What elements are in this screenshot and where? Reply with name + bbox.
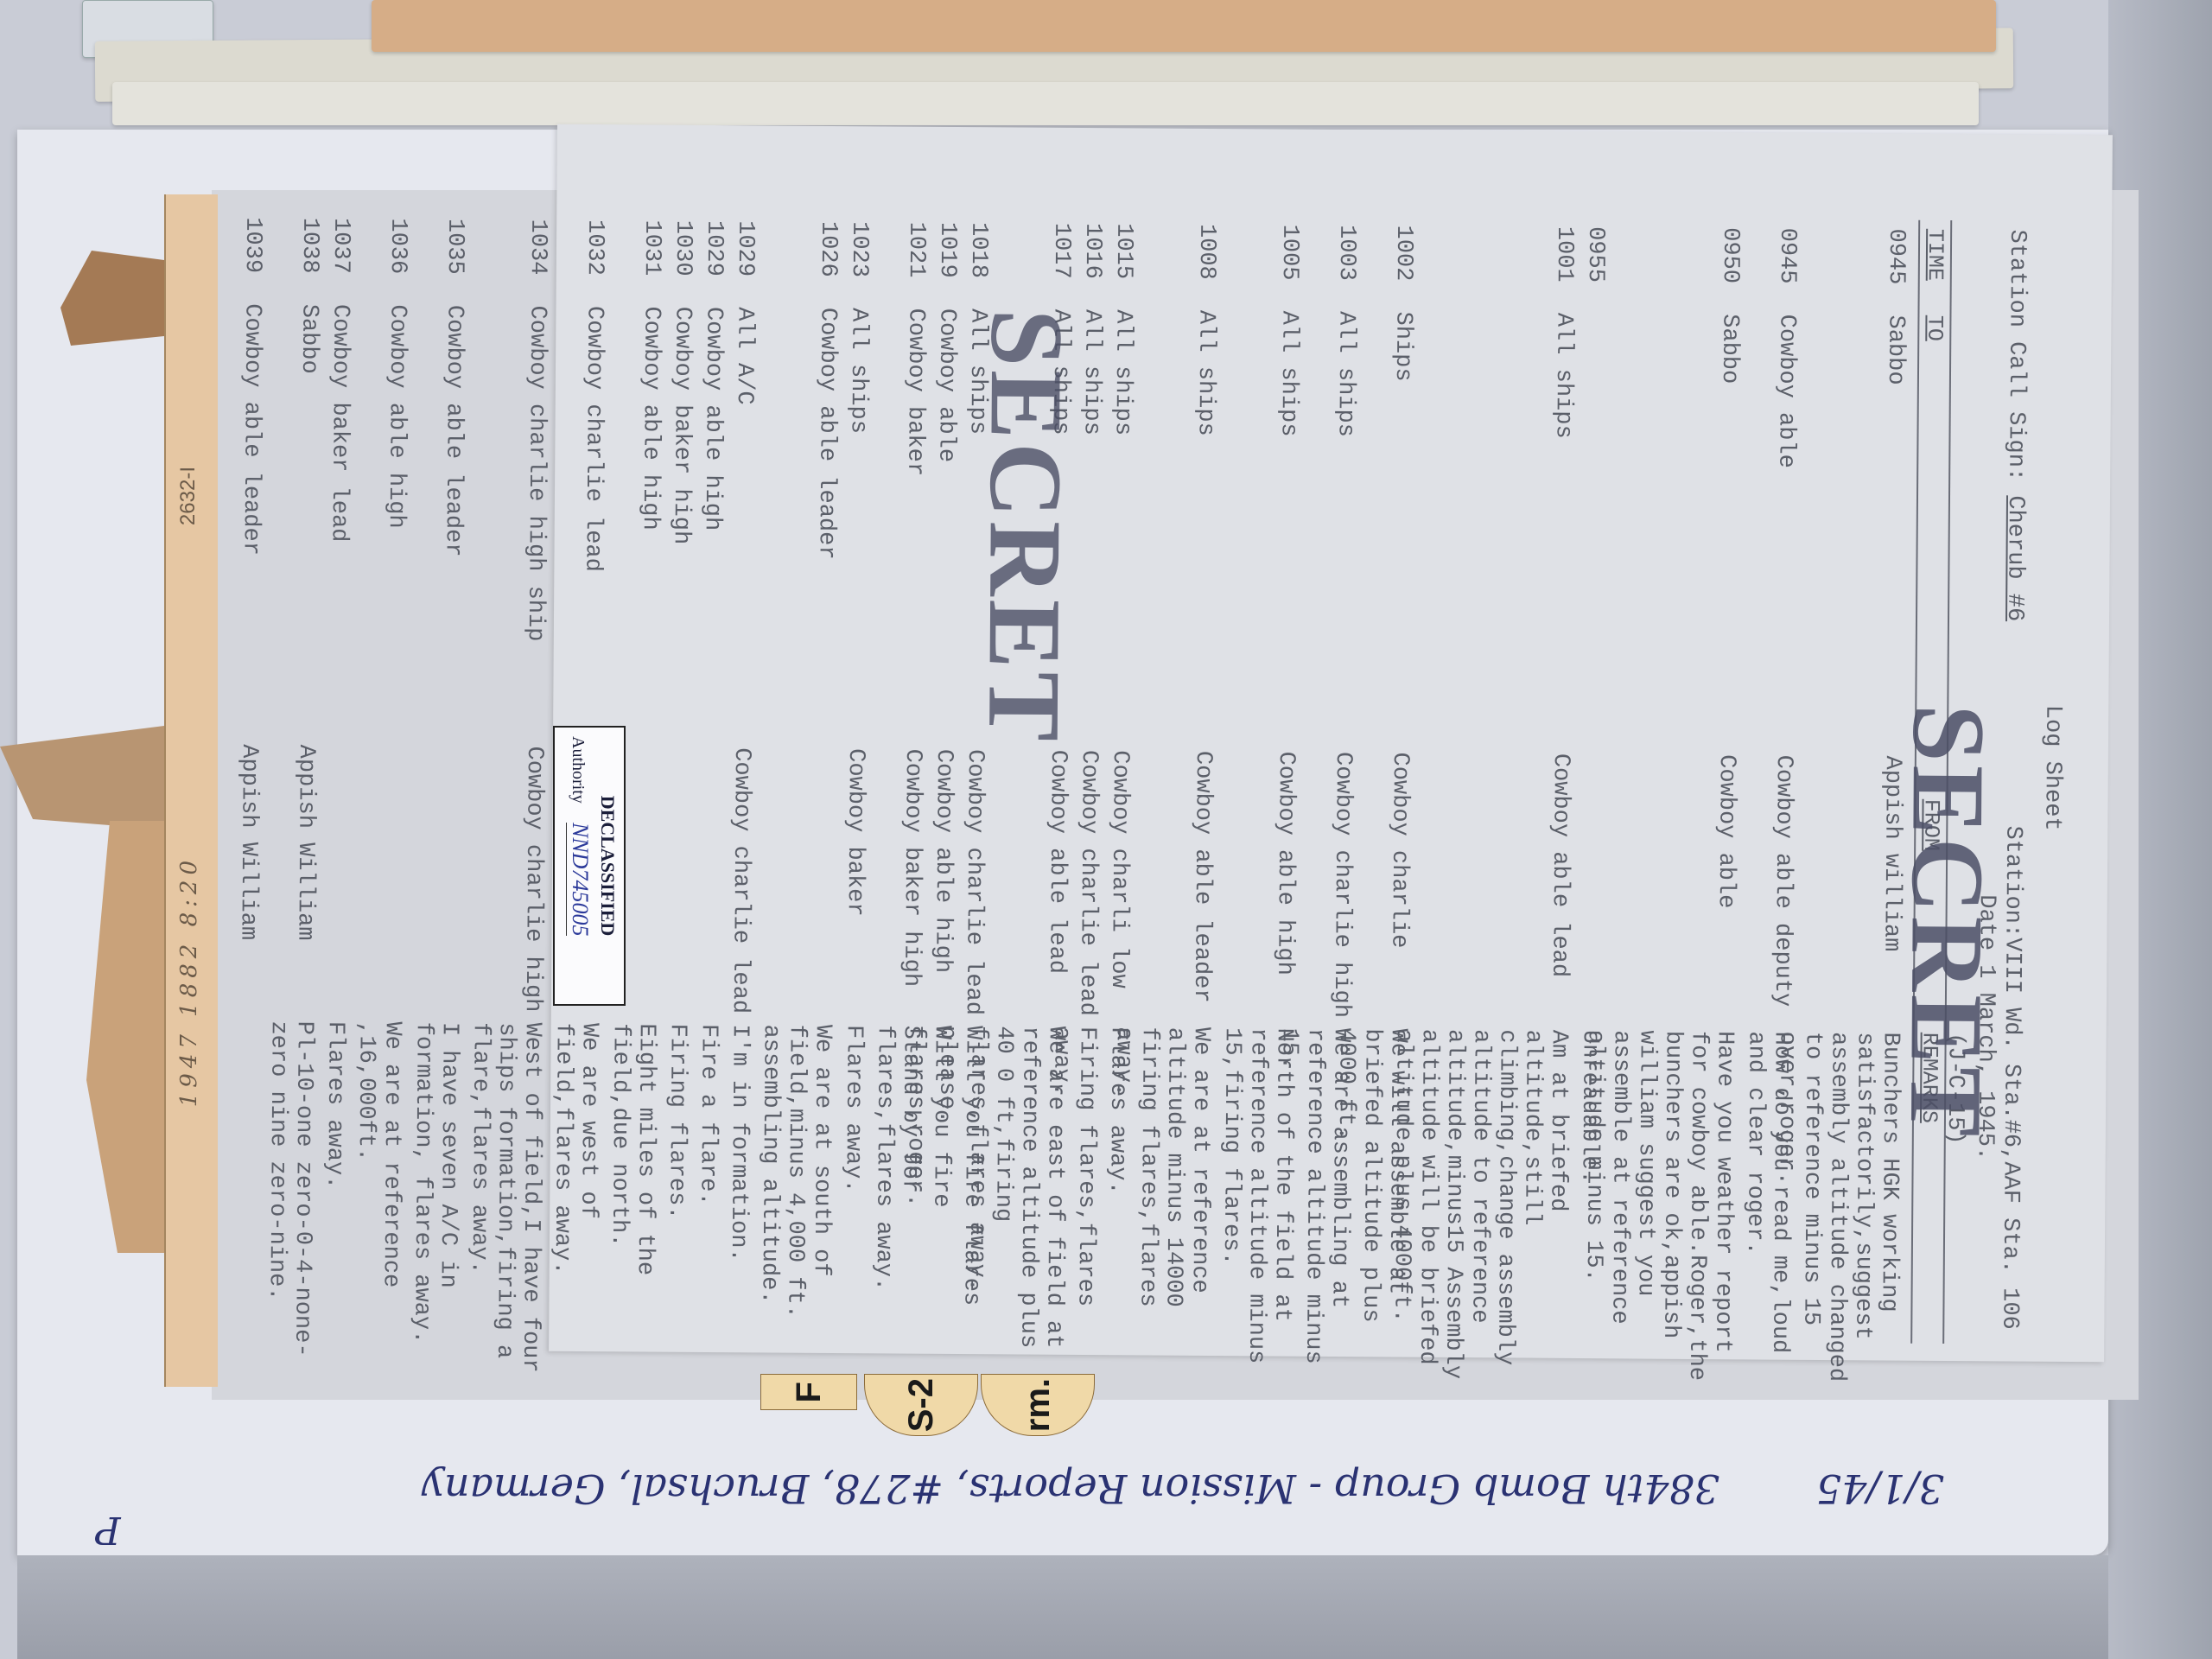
entry-time: 1029 xyxy=(701,220,727,276)
entry-to: Cowboy able high xyxy=(699,307,727,531)
entry-from: Cowboy able high xyxy=(1271,752,1299,976)
entry-to: Ships xyxy=(1389,311,1416,381)
entry-remarks: West of field,I have four ships formatio… xyxy=(465,1022,545,1386)
entry-from: Cowboy charli low xyxy=(1105,750,1133,988)
station-call-sign: Station Call Sign: Cherub #6 xyxy=(2001,229,2030,621)
entry-time: 1037 xyxy=(327,218,353,274)
folder-handwritten-note: 1947 1882 8:20 xyxy=(176,855,202,1107)
entry-time: 0955 xyxy=(1582,226,1608,283)
entry-from: Cowboy baker high xyxy=(898,749,925,988)
entry-time: 1021 xyxy=(903,222,929,278)
entry-time: 1019 xyxy=(934,222,960,278)
entry-to: Sabbo xyxy=(1716,314,1743,384)
entry-from: Cowboy able lead xyxy=(1043,750,1071,974)
entry-time: 1017 xyxy=(1048,223,1074,279)
folder-side-label: 2632-I 1947 1882 8:20 xyxy=(169,467,209,1357)
entry-remarks: I have seven A/C in formation, flares aw… xyxy=(408,1022,462,1385)
caption-text: 384th Bomb Group - Mission Reports, #278… xyxy=(422,1465,1719,1512)
sheet-title: Log Sheet xyxy=(2038,705,2065,831)
entry-time: 1001 xyxy=(1551,226,1577,283)
entry-from: Cowboy able leader xyxy=(1188,751,1216,1003)
entry-time: 1015 xyxy=(1110,223,1136,279)
entry-time: 1035 xyxy=(442,219,467,275)
folder-shadow xyxy=(17,1555,2108,1659)
entry-to: All ships xyxy=(844,308,871,434)
entry-from: Cowboy charlie high xyxy=(1328,752,1356,1018)
entry-from: Appish William xyxy=(291,745,319,941)
page-mark: P xyxy=(95,1508,121,1552)
entry-to: Cowboy baker lead xyxy=(326,304,353,543)
entry-remarks: Eight miles of the field,due north. xyxy=(605,1023,659,1386)
entry-remarks: Flares away. xyxy=(838,1025,867,1388)
entry-time: 1003 xyxy=(1333,225,1359,281)
entry-time: 1038 xyxy=(296,218,322,274)
entry-remarks: We are at reference ,16,000ft. xyxy=(351,1021,405,1384)
authority-code: NND745005 xyxy=(566,823,593,936)
entry-to: All ships xyxy=(1332,311,1358,437)
entry-remarks: Stand by for flares,flares away. xyxy=(869,1025,924,1388)
entry-time: 1029 xyxy=(732,220,758,276)
log-sheet-content: Log Sheet Station Call Sign: Cherub #6 S… xyxy=(549,124,2113,1363)
entry-remarks: I'm in formation. xyxy=(724,1024,753,1387)
entry-time: 1023 xyxy=(846,221,872,277)
declassified-title: DECLASSIFIED xyxy=(596,728,619,1004)
entry-time: 0945 xyxy=(1883,228,1909,284)
entry-from: Cowboy able high xyxy=(929,749,957,973)
entry-to: Cowboy able xyxy=(1772,315,1799,468)
entry-time: 1030 xyxy=(670,220,696,276)
declassified-stamp: DECLASSIFIED Authority NND745005 xyxy=(553,726,626,1006)
entry-remarks: Firing flares. xyxy=(662,1024,690,1387)
entry-from: Cowboy able lead xyxy=(1546,753,1573,977)
column-header-time: TIME xyxy=(1922,229,1948,281)
entry-remarks: North of the field at reference altitude… xyxy=(1217,1027,1297,1391)
entry-time: 1002 xyxy=(1390,225,1416,281)
entry-remarks: Flares away. xyxy=(1103,1027,1131,1389)
entry-time: 1018 xyxy=(965,222,991,278)
entry-to: Cowboy able xyxy=(932,308,959,462)
entry-time: 1005 xyxy=(1276,225,1302,281)
entry-remarks: Unreadable. xyxy=(1574,1030,1603,1393)
entry-to: All A/C xyxy=(731,307,758,405)
entry-remarks: Pl-10-one zero-0-4-none-zero nine zero-n… xyxy=(263,1020,317,1383)
entry-time: 1031 xyxy=(639,219,664,276)
entry-to: Cowboy able leader xyxy=(812,308,840,560)
column-header-to: TO xyxy=(1921,315,1947,341)
entry-from: Cowboy able deputy xyxy=(1769,755,1796,1007)
entry-remarks: We are west of field,flares away. xyxy=(548,1023,602,1386)
entry-from: Appish william xyxy=(1878,755,1905,951)
entry-remarks: Fire a flare. xyxy=(693,1024,721,1387)
authority-label: Authority xyxy=(568,736,588,804)
caption-date: 3/1/45 xyxy=(1816,1465,1944,1512)
handwritten-caption: 3/1/45 384th Bomb Group - Mission Report… xyxy=(518,1443,1944,1512)
log-sheet: Log Sheet Station Call Sign: Cherub #6 S… xyxy=(549,124,2113,1363)
entry-to: All ships xyxy=(1549,313,1576,439)
stacked-folder xyxy=(372,0,1996,52)
entry-remarks: How do you read me,loud and clear roger. xyxy=(1740,1031,1795,1394)
entry-remarks: Flares away. xyxy=(320,1021,348,1384)
entry-from: Cowboy charlie lead xyxy=(727,747,754,1014)
folder-code: 2632-I xyxy=(176,467,200,525)
entry-to: Cowboy charlie high ship xyxy=(522,305,550,641)
entry-time: 1026 xyxy=(815,221,841,277)
entry-time: 1016 xyxy=(1079,223,1105,279)
entry-to: Cowboy able leader xyxy=(439,305,467,557)
entry-time: 1032 xyxy=(582,219,607,276)
entry-to: Cowboy able high xyxy=(383,304,410,528)
entry-to: Sabbo xyxy=(296,304,322,374)
stacked-folder xyxy=(112,82,1979,125)
entry-to: Cowboy charlie lead xyxy=(579,306,607,572)
entry-to: All ships xyxy=(1192,310,1218,436)
entry-time: 0945 xyxy=(1774,228,1800,284)
call-sign-value: Cherub #6 xyxy=(2001,495,2028,621)
entry-from: Cowboy able xyxy=(1713,754,1739,908)
secret-stamp-bottom: SECRET xyxy=(1011,308,1040,744)
entry-from: Cowboy baker xyxy=(842,748,868,917)
entry-to: All ships xyxy=(1109,309,1135,435)
entry-from: Cowboy charlie xyxy=(1385,752,1413,948)
entry-from: Cowboy charlie lead xyxy=(960,749,988,1015)
entry-time: 1036 xyxy=(385,218,410,274)
entry-to: Cowboy able leader xyxy=(237,303,264,556)
entry-time: 1034 xyxy=(524,219,550,275)
entry-remarks: We are at south of field,minus 4,000 ft.… xyxy=(755,1024,836,1388)
entry-to: Cowboy able high xyxy=(637,306,664,530)
entry-to: Cowboy baker xyxy=(901,308,928,477)
entry-from: Cowboy charlie lead xyxy=(1074,750,1102,1016)
entry-time: 0950 xyxy=(1717,227,1743,283)
entry-remarks: Am at briefed altitude,still climbing,ch… xyxy=(1388,1028,1572,1392)
entry-time: 1008 xyxy=(1193,224,1219,280)
entry-to: Sabbo xyxy=(1882,315,1909,385)
entry-from: Appish William xyxy=(234,744,262,940)
entry-time: 1039 xyxy=(239,217,265,273)
entry-remarks: Have you weather report for cowboy able.… xyxy=(1580,1030,1738,1394)
secret-stamp: SECRET xyxy=(1933,704,1962,1140)
entry-to: All ships xyxy=(1274,311,1301,437)
entry-from: Cowboy charlie high xyxy=(519,746,547,1012)
entry-to: Cowboy baker high xyxy=(668,307,696,545)
